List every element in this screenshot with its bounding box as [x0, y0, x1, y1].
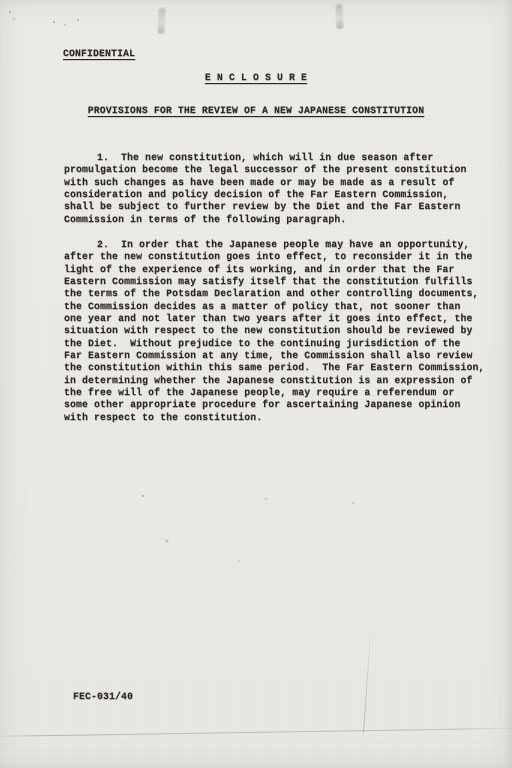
document-number: FEC-031/40 [73, 691, 133, 702]
horizontal-fold-crease [0, 728, 512, 737]
paper-specks [0, 0, 2, 2]
vertical-fold-crease [363, 633, 371, 733]
document-title: PROVISIONS FOR THE REVIEW OF A NEW JAPAN… [0, 105, 512, 116]
classification-stamp: CONFIDENTIAL [63, 48, 135, 59]
staple-mark [336, 4, 344, 29]
paragraph-2: 2. In order that the Japanese people may… [64, 239, 485, 424]
paragraph-1: 1. The new constitution, which will in d… [64, 152, 467, 226]
enclosure-heading: E N C L O S U R E [0, 72, 512, 83]
staple-mark [157, 8, 165, 34]
scanned-document-page: CONFIDENTIAL E N C L O S U R E PROVISION… [0, 0, 512, 768]
